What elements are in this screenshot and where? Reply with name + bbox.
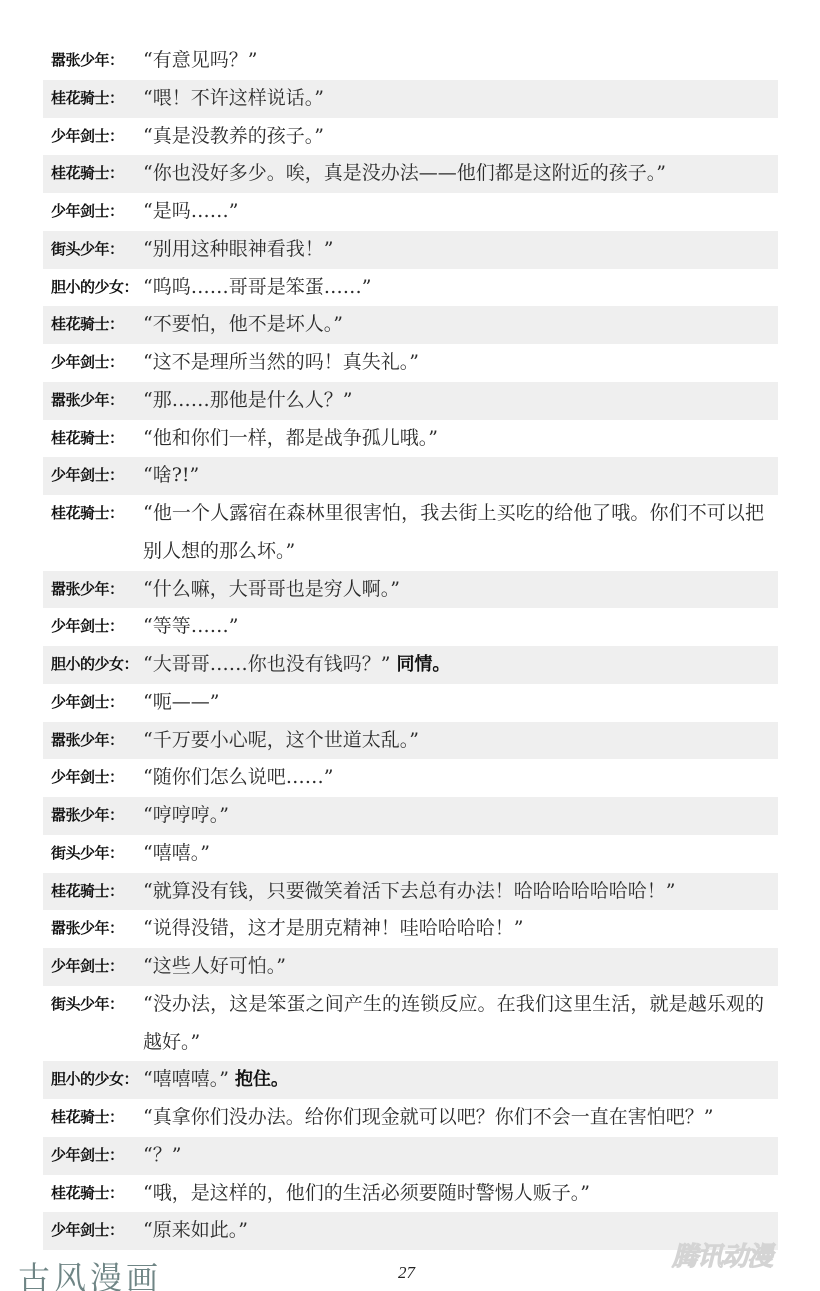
dialogue-text: “啥?!” — [143, 464, 199, 486]
dialogue-row: 嚣张少年：“说得没错，这才是朋克精神！哇哈哈哈哈！” — [43, 910, 778, 948]
dialogue-row: 桂花骑士：“不要怕，他不是坏人。” — [43, 306, 778, 344]
dialogue-text: “有意见吗？” — [143, 49, 257, 71]
dialogue-text: “原来如此。” — [143, 1219, 248, 1241]
dialogue-text: “嘻嘻。” — [143, 842, 210, 864]
speaker-name: 少年剑士： — [51, 344, 143, 382]
dialogue-text: “真拿你们没办法。给你们现金就可以吧？你们不会一直在害怕吧？” — [143, 1106, 713, 1128]
dialogue-text: “嘻嘻嘻。” — [143, 1068, 229, 1090]
dialogue-line: “这些人好可怕。” — [143, 948, 778, 986]
dialogue-line: “你也没好多少。唉，真是没办法——他们都是这附近的孩子。” — [143, 155, 778, 193]
speaker-name: 嚣张少年： — [51, 797, 143, 835]
dialogue-row: 少年剑士：“等等……” — [43, 608, 778, 646]
dialogue-row: 少年剑士：“啥?!” — [43, 457, 778, 495]
dialogue-text: “这不是理所当然的吗！真失礼。” — [143, 351, 419, 373]
speaker-name: 少年剑士： — [51, 193, 143, 231]
dialogue-row: 胆小的少女：“呜呜……哥哥是笨蛋……” — [43, 269, 778, 307]
dialogue-line: “喂！不许这样说话。” — [143, 80, 778, 118]
dialogue-row: 少年剑士：“呃——” — [43, 684, 778, 722]
dialogue-row: 少年剑士：“真是没教养的孩子。” — [43, 118, 778, 156]
dialogue-text: “真是没教养的孩子。” — [143, 125, 324, 147]
dialogue-line: “真是没教养的孩子。” — [143, 118, 778, 156]
speaker-name: 嚣张少年： — [51, 42, 143, 80]
speaker-name: 桂花骑士： — [51, 155, 143, 193]
dialogue-line: “嘻嘻。” — [143, 835, 778, 873]
stage-action: 同情。 — [396, 654, 450, 675]
dialogue-text: “等等……” — [143, 615, 238, 637]
dialogue-row: 桂花骑士：“你也没好多少。唉，真是没办法——他们都是这附近的孩子。” — [43, 155, 778, 193]
dialogue-text: “他和你们一样，都是战争孤儿哦。” — [143, 427, 438, 449]
dialogue-text: “那……那他是什么人？” — [143, 389, 352, 411]
speaker-name: 少年剑士： — [51, 608, 143, 646]
speaker-name: 胆小的少女： — [51, 269, 143, 307]
dialogue-text: “是吗……” — [143, 200, 238, 222]
dialogue-line: “嘻嘻嘻。”抱住。 — [143, 1061, 778, 1099]
stage-action: 抱住。 — [235, 1069, 289, 1090]
dialogue-line: “别用这种眼神看我！” — [143, 231, 778, 269]
dialogue-text: “？” — [143, 1144, 181, 1166]
dialogue-line: “哦，是这样的，他们的生活必须要随时警惕人贩子。” — [143, 1175, 778, 1213]
speaker-name: 街头少年： — [51, 986, 143, 1024]
dialogue-row: 嚣张少年：“什么嘛，大哥哥也是穷人啊。” — [43, 571, 778, 609]
dialogue-line: “随你们怎么说吧……” — [143, 759, 778, 797]
dialogue-row: 少年剑士：“随你们怎么说吧……” — [43, 759, 778, 797]
speaker-name: 少年剑士： — [51, 948, 143, 986]
speaker-name: 桂花骑士： — [51, 1175, 143, 1213]
dialogue-text: “随你们怎么说吧……” — [143, 766, 333, 788]
dialogue-line: “什么嘛，大哥哥也是穷人啊。” — [143, 571, 778, 609]
dialogue-text: “就算没有钱，只要微笑着活下去总有办法！哈哈哈哈哈哈哈！” — [143, 880, 675, 902]
dialogue-line: “哼哼哼。” — [143, 797, 778, 835]
dialogue-row: 嚣张少年：“千万要小心呢，这个世道太乱。” — [43, 722, 778, 760]
dialogue-line: “没办法，这是笨蛋之间产生的连锁反应。在我们这里生活，就是越乐观的越好。” — [143, 986, 778, 1062]
watermark-gufeng-manhua: 古风漫画 — [18, 1253, 162, 1291]
dialogue-line: “？” — [143, 1137, 778, 1175]
dialogue-line: “不要怕，他不是坏人。” — [143, 306, 778, 344]
speaker-name: 胆小的少女： — [51, 646, 143, 684]
dialogue-line: “呃——” — [143, 684, 778, 722]
dialogue-line: “呜呜……哥哥是笨蛋……” — [143, 269, 778, 307]
dialogue-text: “呃——” — [143, 691, 219, 713]
dialogue-row: 桂花骑士：“哦，是这样的，他们的生活必须要随时警惕人贩子。” — [43, 1175, 778, 1213]
dialogue-text: “说得没错，这才是朋克精神！哇哈哈哈哈！” — [143, 917, 523, 939]
page-number: 27 — [398, 1263, 415, 1283]
speaker-name: 桂花骑士： — [51, 80, 143, 118]
speaker-name: 少年剑士： — [51, 1137, 143, 1175]
dialogue-row: 嚣张少年：“那……那他是什么人？” — [43, 382, 778, 420]
dialogue-text: “什么嘛，大哥哥也是穷人啊。” — [143, 578, 400, 600]
dialogue-line: “千万要小心呢，这个世道太乱。” — [143, 722, 778, 760]
book-page: 嚣张少年：“有意见吗？”桂花骑士：“喂！不许这样说话。”少年剑士：“真是没教养的… — [0, 0, 820, 1291]
dialogue-text: “没办法，这是笨蛋之间产生的连锁反应。在我们这里生活，就是越乐观的越好。” — [143, 993, 764, 1053]
dialogue-row: 少年剑士：“？” — [43, 1137, 778, 1175]
speaker-name: 嚣张少年： — [51, 910, 143, 948]
dialogue-row: 街头少年：“别用这种眼神看我！” — [43, 231, 778, 269]
dialogue-row: 嚣张少年：“哼哼哼。” — [43, 797, 778, 835]
speaker-name: 少年剑士： — [51, 1212, 143, 1250]
dialogue-row: 街头少年：“嘻嘻。” — [43, 835, 778, 873]
dialogue-row: 少年剑士：“这不是理所当然的吗！真失礼。” — [43, 344, 778, 382]
dialogue-text: “哼哼哼。” — [143, 804, 229, 826]
dialogue-row: 桂花骑士：“他和你们一样，都是战争孤儿哦。” — [43, 420, 778, 458]
speaker-name: 嚣张少年： — [51, 571, 143, 609]
dialogue-line: “就算没有钱，只要微笑着活下去总有办法！哈哈哈哈哈哈哈！” — [143, 873, 778, 911]
dialogue-text: “哦，是这样的，他们的生活必须要随时警惕人贩子。” — [143, 1182, 590, 1204]
dialogue-line: “大哥哥……你也没有钱吗？”同情。 — [143, 646, 778, 684]
dialogue-line: “是吗……” — [143, 193, 778, 231]
dialogue-text: “大哥哥……你也没有钱吗？” — [143, 653, 390, 675]
speaker-name: 少年剑士： — [51, 457, 143, 495]
speaker-name: 胆小的少女： — [51, 1061, 143, 1099]
dialogue-row: 少年剑士：“这些人好可怕。” — [43, 948, 778, 986]
speaker-name: 桂花骑士： — [51, 873, 143, 911]
speaker-name: 桂花骑士： — [51, 1099, 143, 1137]
dialogue-row: 桂花骑士：“真拿你们没办法。给你们现金就可以吧？你们不会一直在害怕吧？” — [43, 1099, 778, 1137]
dialogue-line: “啥?!” — [143, 457, 778, 495]
dialogue-list: 嚣张少年：“有意见吗？”桂花骑士：“喂！不许这样说话。”少年剑士：“真是没教养的… — [43, 42, 778, 1250]
speaker-name: 街头少年： — [51, 231, 143, 269]
dialogue-text: “千万要小心呢，这个世道太乱。” — [143, 729, 419, 751]
speaker-name: 街头少年： — [51, 835, 143, 873]
dialogue-text: “呜呜……哥哥是笨蛋……” — [143, 276, 371, 298]
dialogue-row: 街头少年：“没办法，这是笨蛋之间产生的连锁反应。在我们这里生活，就是越乐观的越好… — [43, 986, 778, 1062]
speaker-name: 桂花骑士： — [51, 495, 143, 533]
dialogue-row: 嚣张少年：“有意见吗？” — [43, 42, 778, 80]
speaker-name: 桂花骑士： — [51, 306, 143, 344]
dialogue-line: “这不是理所当然的吗！真失礼。” — [143, 344, 778, 382]
dialogue-row: 胆小的少女：“大哥哥……你也没有钱吗？”同情。 — [43, 646, 778, 684]
watermark-tencent-comics-logo: 腾讯动漫 — [672, 1236, 772, 1273]
dialogue-text: “这些人好可怕。” — [143, 955, 286, 977]
speaker-name: 嚣张少年： — [51, 722, 143, 760]
dialogue-line: “说得没错，这才是朋克精神！哇哈哈哈哈！” — [143, 910, 778, 948]
speaker-name: 嚣张少年： — [51, 382, 143, 420]
dialogue-row: 桂花骑士：“喂！不许这样说话。” — [43, 80, 778, 118]
dialogue-line: “等等……” — [143, 608, 778, 646]
dialogue-text: “别用这种眼神看我！” — [143, 238, 333, 260]
dialogue-line: “那……那他是什么人？” — [143, 382, 778, 420]
speaker-name: 少年剑士： — [51, 684, 143, 722]
dialogue-text: “他一个人露宿在森林里很害怕，我去街上买吃的给他了哦。你们不可以把别人想的那么坏… — [143, 502, 764, 562]
dialogue-text: “你也没好多少。唉，真是没办法——他们都是这附近的孩子。” — [143, 162, 666, 184]
dialogue-row: 少年剑士：“原来如此。” — [43, 1212, 778, 1250]
dialogue-row: 桂花骑士：“他一个人露宿在森林里很害怕，我去街上买吃的给他了哦。你们不可以把别人… — [43, 495, 778, 571]
dialogue-line: “有意见吗？” — [143, 42, 778, 80]
dialogue-line: “他和你们一样，都是战争孤儿哦。” — [143, 420, 778, 458]
dialogue-text: “喂！不许这样说话。” — [143, 87, 324, 109]
dialogue-row: 少年剑士：“是吗……” — [43, 193, 778, 231]
dialogue-line: “真拿你们没办法。给你们现金就可以吧？你们不会一直在害怕吧？” — [143, 1099, 778, 1137]
dialogue-line: “他一个人露宿在森林里很害怕，我去街上买吃的给他了哦。你们不可以把别人想的那么坏… — [143, 495, 778, 571]
speaker-name: 少年剑士： — [51, 759, 143, 797]
dialogue-row: 胆小的少女：“嘻嘻嘻。”抱住。 — [43, 1061, 778, 1099]
dialogue-text: “不要怕，他不是坏人。” — [143, 313, 343, 335]
speaker-name: 桂花骑士： — [51, 420, 143, 458]
speaker-name: 少年剑士： — [51, 118, 143, 156]
dialogue-row: 桂花骑士：“就算没有钱，只要微笑着活下去总有办法！哈哈哈哈哈哈哈！” — [43, 873, 778, 911]
